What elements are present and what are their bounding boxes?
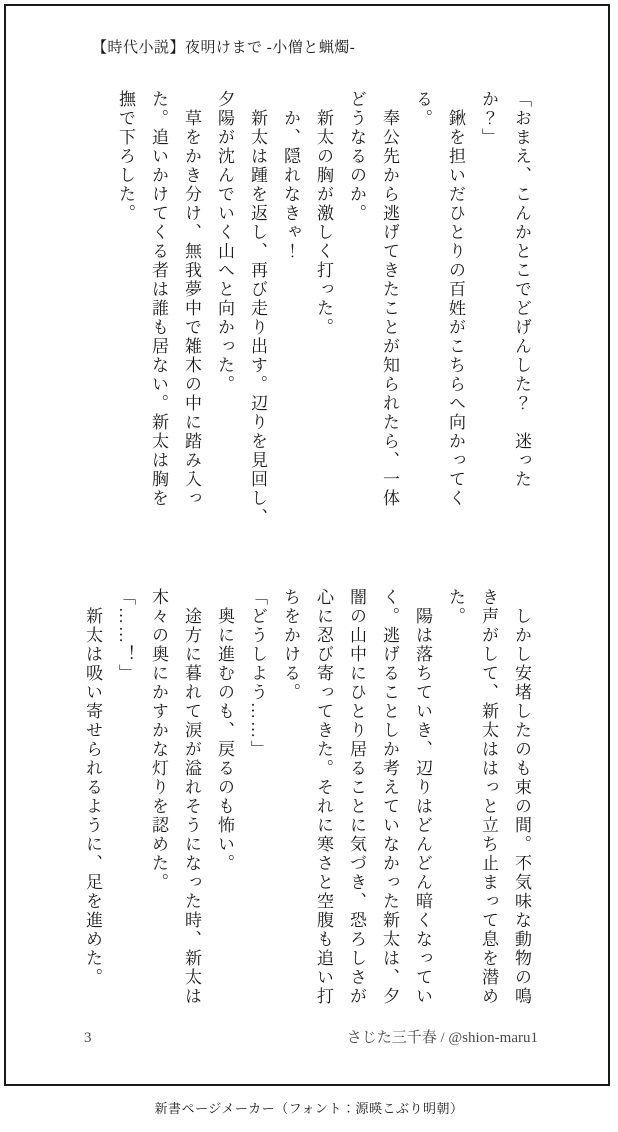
text-line: 奥に進むのも、戻るのも怖い。 [208, 588, 241, 1018]
text-line: か？」 [472, 90, 505, 520]
text-line: 「……！」 [109, 588, 142, 1018]
page-footer: 3 さじた三千春 / @shion-maru1 [84, 1026, 538, 1047]
text-line: 撫で下ろした。 [109, 90, 142, 520]
story-text-tier-2: しかし安堵したのも束の間。不気味な動物の鳴き声がして、新太ははっと立ち止まって息… [76, 588, 538, 1018]
text-line: 夕陽が沈んでいく山へと向かった。 [208, 90, 241, 520]
text-line: ちをかける。 [274, 588, 307, 1018]
page-canvas: 【時代小説】夜明けまで -小僧と蝋燭- 「おまえ、こんかとこでどげんした？ 迷っ… [0, 0, 618, 1132]
app-caption: 新書ページメーカー（フォント：源暎こぶり明朝） [0, 1098, 618, 1117]
text-line: 「おまえ、こんかとこでどげんした？ 迷った [505, 90, 538, 520]
text-line: 新太は吸い寄せられるように、足を進めた。 [76, 588, 109, 1018]
text-line: 鍬を担いだひとりの百姓がこちらへ向かってく [439, 90, 472, 520]
text-line: 途方に暮れて涙が溢れそうになった時、新太は [175, 588, 208, 1018]
text-line: 陽は落ちていき、辺りはどんどん暗くなってい [406, 588, 439, 1018]
text-line: か、隠れなきゃ！ [274, 90, 307, 520]
text-line: 木々の奥にかすかな灯りを認めた。 [142, 588, 175, 1018]
text-line: しかし安堵したのも束の間。不気味な動物の鳴 [505, 588, 538, 1018]
text-line: く。逃げることしか考えていなかった新太は、夕 [373, 588, 406, 1018]
author-credit: さじた三千春 / @shion-maru1 [347, 1026, 538, 1047]
page-header-title: 【時代小説】夜明けまで -小僧と蝋燭- [92, 36, 355, 57]
text-line: き声がして、新太ははっと立ち止まって息を潜め [472, 588, 505, 1018]
text-line: 草をかき分け、無我夢中で雑木の中に踏み入っ [175, 90, 208, 520]
text-line: 新太の胸が激しく打った。 [307, 90, 340, 520]
text-line: 「どうしよう……」 [241, 588, 274, 1018]
text-line: た。 [439, 588, 472, 1018]
text-line: 闇の山中にひとり居ることに気づき、恐ろしさが [340, 588, 373, 1018]
text-line: どうなるのか。 [340, 90, 373, 520]
text-line: 心に忍び寄ってきた。それに寒さと空腹も追い打 [307, 588, 340, 1018]
story-text-tier-1: 「おまえ、こんかとこでどげんした？ 迷ったか？」 鍬を担いだひとりの百姓がこちら… [109, 90, 538, 520]
text-line: 奉公先から逃げてきたことが知られたら、一体 [373, 90, 406, 520]
text-line: 新太は踵を返し、再び走り出す。辺りを見回し、 [241, 90, 274, 520]
text-line: た。追いかけてくる者は誰も居ない。新太は胸を [142, 90, 175, 520]
text-line: る。 [406, 90, 439, 520]
page-number: 3 [84, 1030, 92, 1047]
